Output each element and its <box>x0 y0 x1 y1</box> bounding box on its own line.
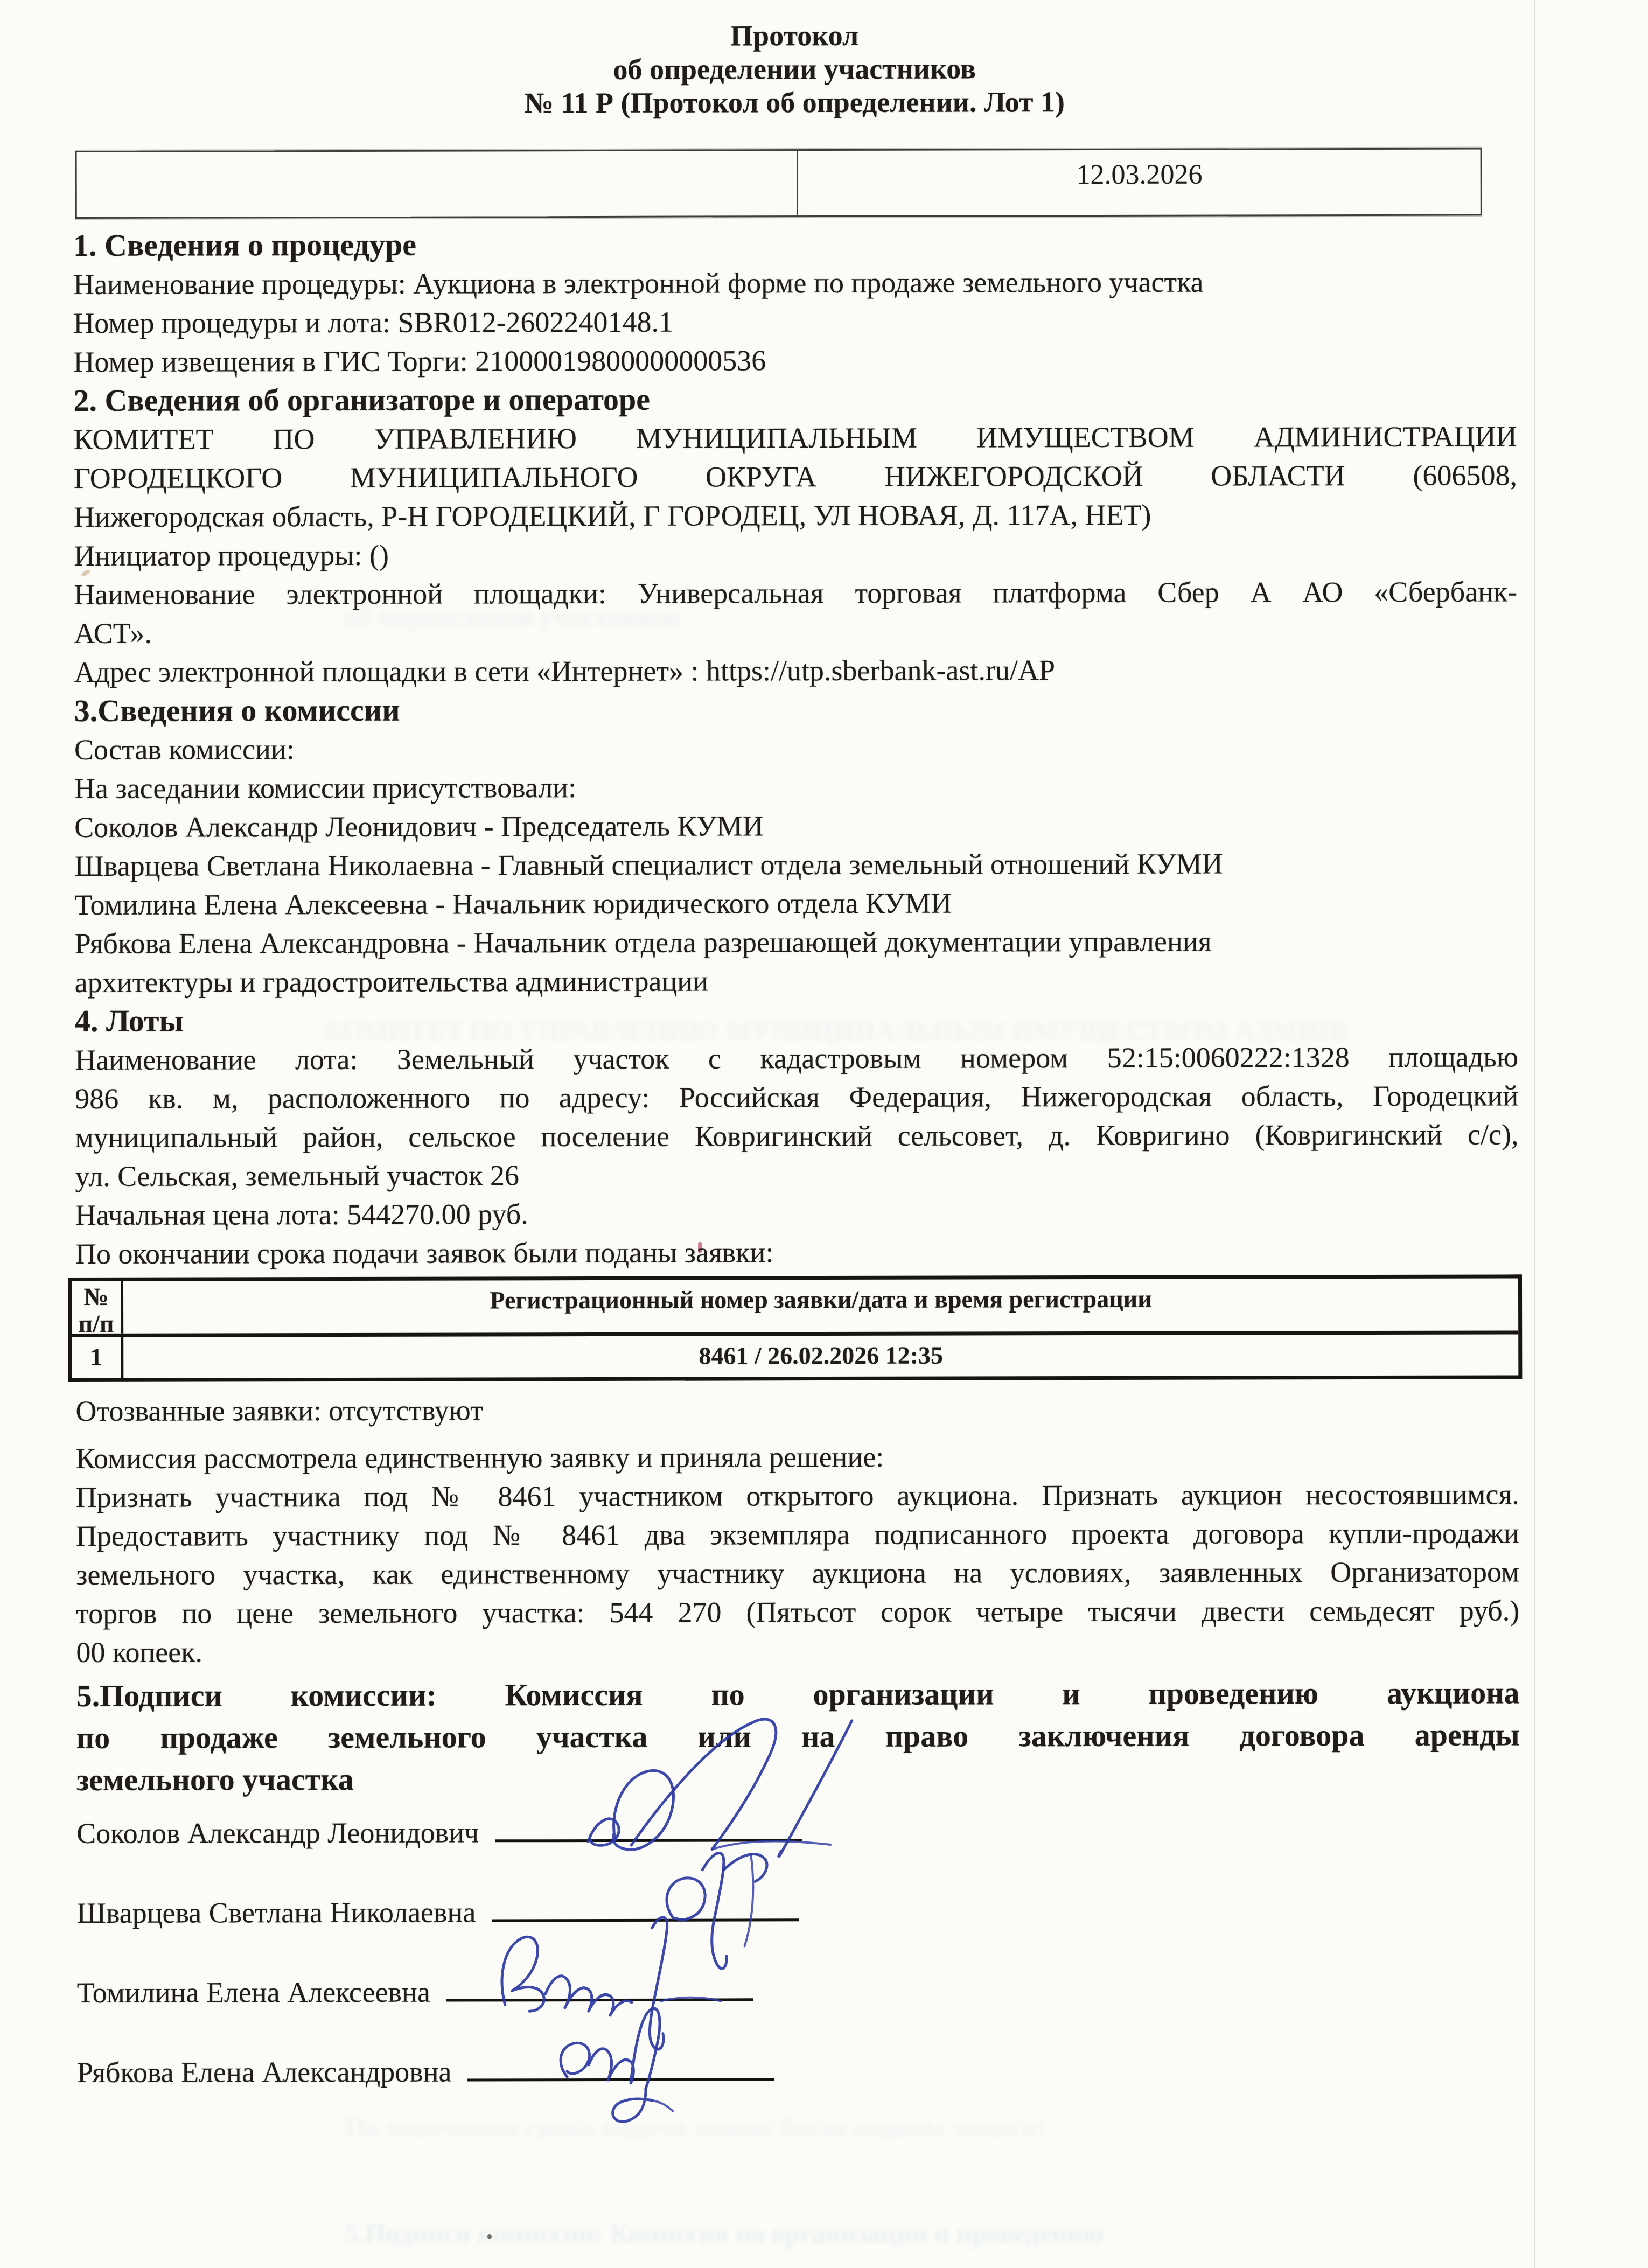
decision-line: торгов по цене земельного участка: 544 2… <box>76 1591 1519 1633</box>
decision-line: 00 копеек. <box>76 1630 1519 1672</box>
num-header-line-2: п/п <box>72 1310 121 1337</box>
num-column-header: № п/п <box>72 1281 123 1334</box>
lot-description-line: Наименование лота: Земельный участок с к… <box>75 1037 1518 1079</box>
bleed-through-ghost: 5.Подписи комиссии: Комиссия по организа… <box>345 2218 1109 2249</box>
decision-line: Предоставить участнику под № 8461 два эк… <box>76 1513 1519 1555</box>
registration-value-cell: 8461 / 26.02.2026 12:35 <box>123 1334 1518 1378</box>
section-2-heading: 2. Сведения об организаторе и операторе <box>73 378 1517 420</box>
commission-member-line: архитектуры и градостроительства админис… <box>75 960 1518 1002</box>
commission-line: На заседании комиссии присутствовали: <box>74 766 1518 808</box>
decision-line: земельного участка, как единственному уч… <box>76 1552 1519 1594</box>
organizer-line: ГОРОДЕЦКОГО МУНИЦИПАЛЬНОГО ОКРУГА НИЖЕГО… <box>74 456 1517 498</box>
row-number-cell: 1 <box>72 1337 123 1378</box>
section-4-heading: 4. Лоты <box>75 999 1518 1041</box>
organizer-line: Нижегородская область, Р-Н ГОРОДЕЦКИЙ, Г… <box>74 494 1517 536</box>
organizer-line: КОМИТЕТ ПО УПРАВЛЕНИЮ МУНИЦИПАЛЬНЫМ ИМУЩ… <box>74 417 1517 459</box>
section-3-heading: 3.Сведения о комиссии <box>74 688 1518 730</box>
lot-description-line: ул. Сельская, земельный участок 26 <box>75 1154 1518 1196</box>
scanned-protocol-page: об определении участников КОМИТЕТ ПО УПР… <box>0 0 1648 2268</box>
scan-streak-artifact <box>1534 0 1535 2268</box>
procedure-name-line: Наименование процедуры: Аукциона в элект… <box>73 262 1517 304</box>
lot-description-line: 986 кв. м, расположенного по адресу: Рос… <box>75 1076 1518 1118</box>
document-content: Протокол об определении участников № 11 … <box>73 0 1520 2092</box>
commission-member-line: Томилина Елена Алексеевна - Начальник юр… <box>74 882 1518 924</box>
signer-name: Соколов Александр Леонидович <box>76 1816 479 1850</box>
document-title-line-2: об определении участников <box>73 51 1516 87</box>
date-table-empty-cell <box>77 151 799 217</box>
initiator-line: Инициатор процедуры: () <box>74 533 1517 575</box>
platform-name-line: АСТ». <box>74 611 1517 653</box>
commission-line: Состав комиссии: <box>74 727 1518 769</box>
num-header-line-1: № <box>72 1283 121 1310</box>
platform-url-line: Адрес электронной площадки в сети «Интер… <box>74 650 1518 692</box>
document-title-line-3: № 11 Р (Протокол об определении. Лот 1) <box>73 84 1516 121</box>
commission-member-line: Рябкова Елена Александровна - Начальник … <box>75 921 1518 963</box>
signer-name: Томилина Елена Алексеевна <box>77 1976 430 2009</box>
notice-number-line: Номер извещения в ГИС Торги: 21000019800… <box>73 339 1517 381</box>
decision-line: Признать участника под № 8461 участником… <box>76 1475 1519 1517</box>
signer-name: Шварцева Светлана Николаевна <box>76 1896 476 1929</box>
start-price-line: Начальная цена лота: 544270.00 руб. <box>75 1192 1519 1234</box>
registration-column-header: Регистрационный номер заявки/дата и врем… <box>123 1278 1518 1333</box>
signer-name: Рябкова Елена Александровна <box>77 2056 452 2089</box>
procedure-number-line: Номер процедуры и лота: SBR012-260224014… <box>73 301 1517 343</box>
table-row: 1 8461 / 26.02.2026 12:35 <box>72 1334 1518 1378</box>
scan-speck-artifact <box>487 2234 492 2239</box>
applications-intro-line: По окончании срока подачи заявок были по… <box>75 1231 1519 1273</box>
section-1-heading: 1. Сведения о процедуре <box>73 223 1517 265</box>
signature-ryabkova-ink <box>486 1949 842 2133</box>
date-table-date-cell: 12.03.2026 <box>798 150 1481 216</box>
platform-name-line: Наименование электронной площадки: Униве… <box>74 572 1517 614</box>
applications-table-header-row: № п/п Регистрационный номер заявки/дата … <box>72 1278 1518 1337</box>
review-line: Комиссия рассмотрела единственную заявку… <box>76 1436 1519 1478</box>
signer-row: Рябкова Елена Александровна <box>77 2050 1520 2092</box>
applications-table: № п/п Регистрационный номер заявки/дата … <box>68 1274 1522 1382</box>
commission-member-line: Шварцева Светлана Николаевна - Главный с… <box>74 843 1518 885</box>
document-title-line-1: Протокол <box>73 17 1516 54</box>
commission-member-line: Соколов Александр Леонидович - Председат… <box>74 805 1518 847</box>
lot-description-line: муниципальный район, сельское поселение … <box>75 1115 1518 1157</box>
protocol-date: 12.03.2026 <box>1076 159 1202 190</box>
date-table: 12.03.2026 <box>75 148 1482 219</box>
withdrawn-line: Отозванные заявки: отсутствуют <box>75 1388 1519 1430</box>
